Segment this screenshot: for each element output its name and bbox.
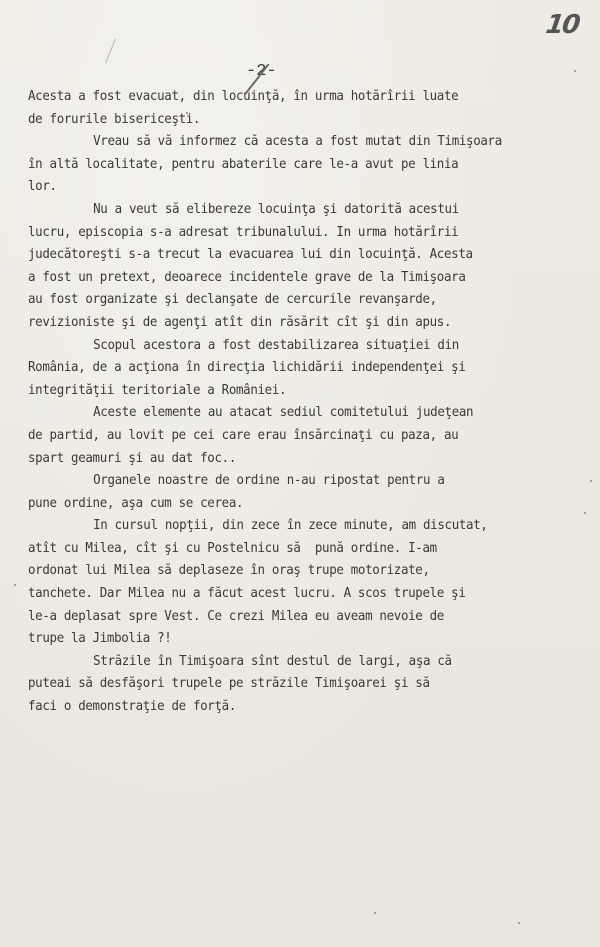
text-line: de partid, au lovit pe cei care erau îns… (28, 425, 549, 448)
text-line: lucru, episcopia s-a adresat tribunalulu… (28, 222, 549, 245)
text-line: faci o demonstraţie de forţă. (28, 696, 549, 719)
stray-pencil-mark (105, 39, 116, 63)
text-line: Vreau să vă informez că acesta a fost mu… (28, 131, 549, 154)
document-body: Acesta a fost evacuat, din locuinţă, în … (28, 86, 549, 719)
text-line: Nu a veut să elibereze locuinţa şi dator… (28, 199, 549, 222)
text-line: judecătoreşti s-a trecut la evacuarea lu… (28, 244, 549, 267)
text-line: ordonat lui Milea să deplaseze în oraş t… (28, 560, 549, 583)
text-line: Acesta a fost evacuat, din locuinţă, în … (28, 86, 549, 109)
text-line: pune ordine, aşa cum se cerea. (28, 493, 549, 516)
text-line: lor. (28, 176, 549, 199)
text-line: de forurile bisericeşti. (28, 109, 549, 132)
text-line: Scopul acestora a fost destabilizarea si… (28, 335, 549, 358)
text-line: tanchete. Dar Milea nu a făcut acest luc… (28, 583, 549, 606)
text-line: trupe la Jimbolia ?! (28, 628, 549, 651)
text-line: Străzile în Timişoara sînt destul de lar… (28, 651, 549, 674)
text-line: Aceste elemente au atacat sediul comitet… (28, 402, 549, 425)
text-line: integrităţii teritoriale a României. (28, 380, 549, 403)
text-line: In cursul nopţii, din zece în zece minut… (28, 515, 549, 538)
text-line: puteai să desfăşori trupele pe străzile … (28, 673, 549, 696)
text-line: au fost organizate şi declanşate de cerc… (28, 289, 549, 312)
text-line: în altă localitate, pentru abaterile car… (28, 154, 549, 177)
text-line: Organele noastre de ordine n-au ripostat… (28, 470, 549, 493)
text-line: le-a deplasat spre Vest. Ce crezi Milea … (28, 606, 549, 629)
handwritten-page-number: 10 (544, 10, 580, 40)
text-line: România, de a acţiona în direcţia lichid… (28, 357, 549, 380)
text-line: revizioniste şi de agenţi atît din răsăr… (28, 312, 549, 335)
text-line: a fost un pretext, deoarece incidentele … (28, 267, 549, 290)
text-line: atît cu Milea, cît şi cu Postelnicu să p… (28, 538, 549, 561)
document-page: 10 -2- Acesta a fost evacuat, din locuin… (0, 0, 600, 947)
text-line: spart geamuri şi au dat foc.. (28, 448, 549, 471)
